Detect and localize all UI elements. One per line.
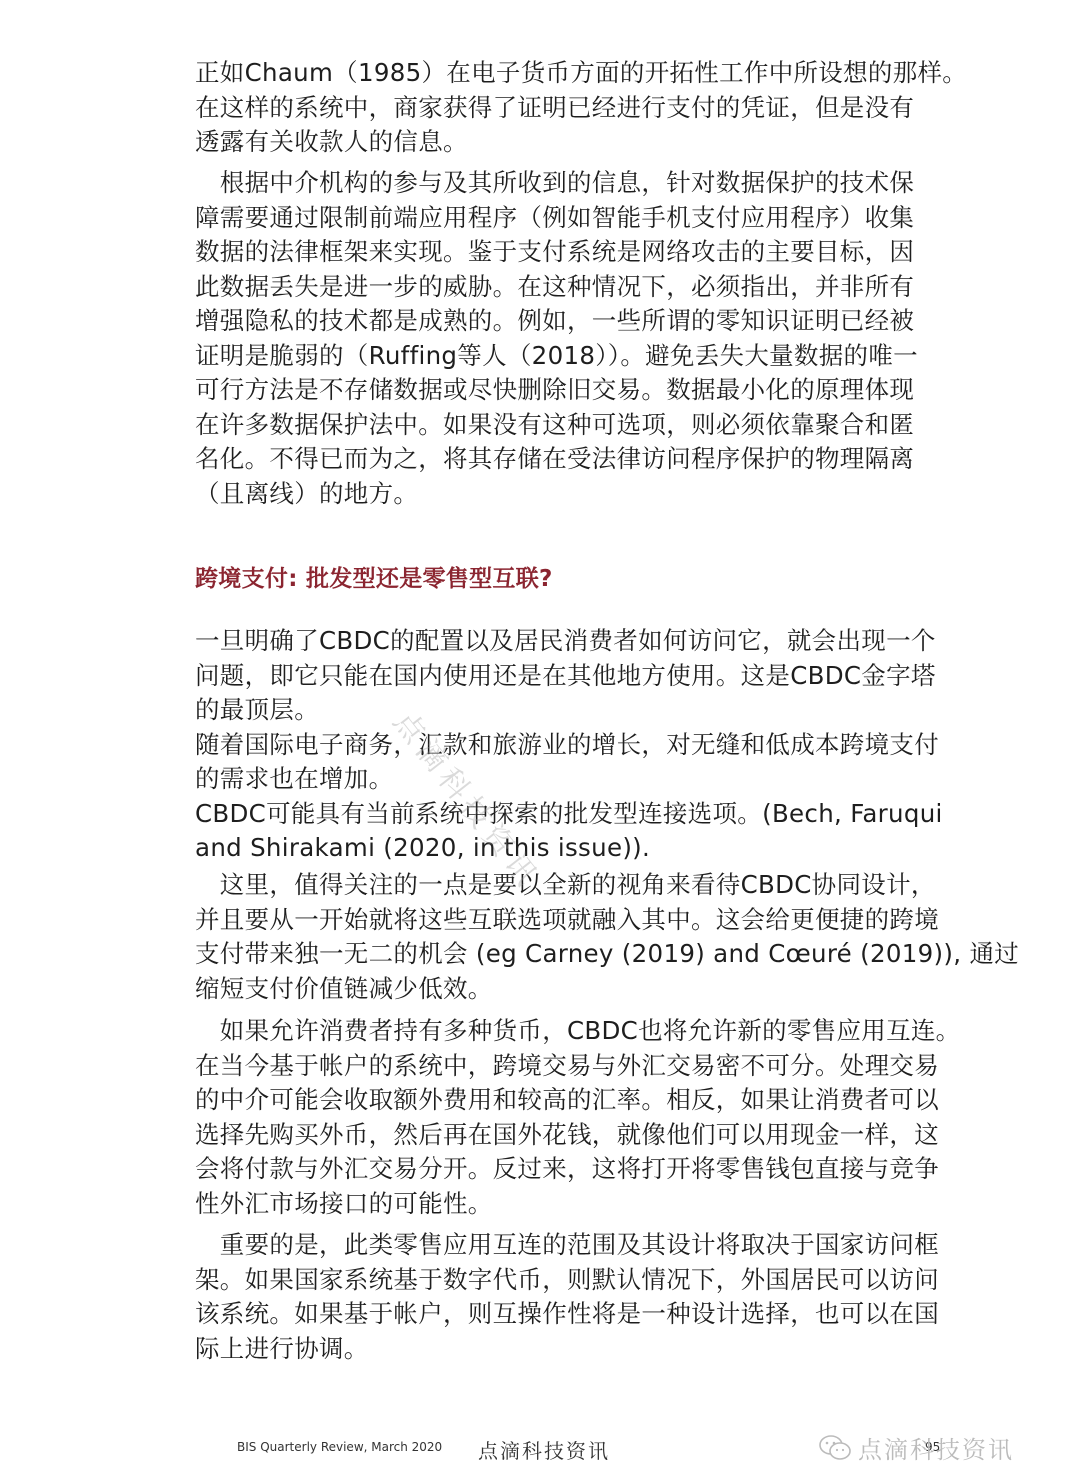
text-line: 在当今基于帐户的系统中，跨境交易与外汇交易密不可分。处理交易 — [195, 1049, 970, 1084]
text-line: 缩短支付价值链减少低效。 — [195, 972, 970, 1007]
text-line: 在这样的系统中，商家获得了证明已经进行支付的凭证，但是没有 — [195, 91, 970, 126]
wechat-account-watermark: 点滴科技资讯 — [818, 1430, 1014, 1465]
paragraph-cbdc-configuration: 一旦明确了CBDC的配置以及居民消费者如何访问它，就会出现一个 问题，即它只能在… — [195, 624, 970, 866]
text-line: 透露有关收款人的信息。 — [195, 125, 970, 160]
text-line: 数据的法律框架来实现。鉴于支付系统是网络攻击的主要目标，因 — [195, 235, 970, 270]
text-line: 在许多数据保护法中。如果没有这种可选项，则必须依靠聚合和匿 — [195, 408, 970, 443]
text-line: 可行方法是不存储数据或尽快删除旧交易。数据最小化的原理体现 — [195, 373, 970, 408]
text-line: 选择先购买外币，然后再在国外花钱，就像他们可以用现金一样，这 — [195, 1118, 970, 1153]
text-line: 证明是脆弱的（Ruffing等人（2018））。避免丢失大量数据的唯一 — [195, 339, 970, 374]
footer-source-label: 点滴科技资讯 — [478, 1435, 610, 1464]
text-line: 架。如果国家系统基于数字代币，则默认情况下，外国居民可以访问 — [195, 1263, 970, 1298]
text-line: 如果允许消费者持有多种货币，CBDC也将允许新的零售应用互连。 — [195, 1014, 970, 1049]
text-line: 的中介可能会收取额外费用和较高的汇率。相反，如果让消费者可以 — [195, 1083, 970, 1118]
text-line: CBDC可能具有当前系统中探索的批发型连接选项。(Bech, Faruqui — [195, 797, 970, 832]
paragraph-co-design: 这里，值得关注的一点是要以全新的视角来看待CBDC协同设计， 并且要从一开始就将… — [195, 868, 970, 1006]
paragraph-data-protection: 根据中介机构的参与及其所收到的信息，针对数据保护的技术保 障需要通过限制前端应用… — [195, 166, 970, 511]
text-line: 的最顶层。 — [195, 693, 970, 728]
text-line: 的需求也在增加。 — [195, 762, 970, 797]
text-line: 障需要通过限制前端应用程序（例如智能手机支付应用程序）收集 — [195, 201, 970, 236]
paragraph-access-framework: 重要的是，此类零售应用互连的范围及其设计将取决于国家访问框 架。如果国家系统基于… — [195, 1228, 970, 1366]
text-line: （且离线）的地方。 — [195, 477, 970, 512]
text-line: 际上进行协调。 — [195, 1332, 970, 1367]
text-line: and Shirakami (2020, in this issue)). — [195, 831, 970, 866]
text-line: 正如Chaum（1985）在电子货币方面的开拓性工作中所设想的那样。 — [195, 56, 970, 91]
text-line: 此数据丢失是进一步的威胁。在这种情况下，必须指出，并非所有 — [195, 270, 970, 305]
wechat-icon — [818, 1434, 852, 1462]
text-line: 增强隐私的技术都是成熟的。例如，一些所谓的零知识证明已经被 — [195, 304, 970, 339]
text-line: 根据中介机构的参与及其所收到的信息，针对数据保护的技术保 — [195, 166, 970, 201]
text-line: 性外汇市场接口的可能性。 — [195, 1187, 970, 1222]
footer-publication: BIS Quarterly Review, March 2020 — [237, 1440, 442, 1454]
paragraph-retail-interlinking: 如果允许消费者持有多种货币，CBDC也将允许新的零售应用互连。 在当今基于帐户的… — [195, 1014, 970, 1221]
text-line: 问题，即它只能在国内使用还是在其他地方使用。这是CBDC金字塔 — [195, 659, 970, 694]
section-heading: 跨境支付: 批发型还是零售型互联? — [195, 560, 553, 593]
text-line: 并且要从一开始就将这些互联选项就融入其中。这会给更便捷的跨境 — [195, 903, 970, 938]
wechat-account-name: 点滴科技资讯 — [858, 1430, 1014, 1465]
text-line: 名化。不得已而为之，将其存储在受法律访问程序保护的物理隔离 — [195, 442, 970, 477]
text-line: 一旦明确了CBDC的配置以及居民消费者如何访问它，就会出现一个 — [195, 624, 970, 659]
text-line: 随着国际电子商务，汇款和旅游业的增长，对无缝和低成本跨境支付 — [195, 728, 970, 763]
document-page: 正如Chaum（1985）在电子货币方面的开拓性工作中所设想的那样。 在这样的系… — [0, 0, 1080, 1468]
paragraph-chaum: 正如Chaum（1985）在电子货币方面的开拓性工作中所设想的那样。 在这样的系… — [195, 56, 970, 160]
text-line: 重要的是，此类零售应用互连的范围及其设计将取决于国家访问框 — [195, 1228, 970, 1263]
text-line: 这里，值得关注的一点是要以全新的视角来看待CBDC协同设计， — [195, 868, 970, 903]
text-line: 会将付款与外汇交易分开。反过来，这将打开将零售钱包直接与竞争 — [195, 1152, 970, 1187]
text-line: 支付带来独一无二的机会 (eg Carney (2019) and Cœuré … — [195, 937, 970, 972]
text-line: 该系统。如果基于帐户，则互操作性将是一种设计选择，也可以在国 — [195, 1297, 970, 1332]
